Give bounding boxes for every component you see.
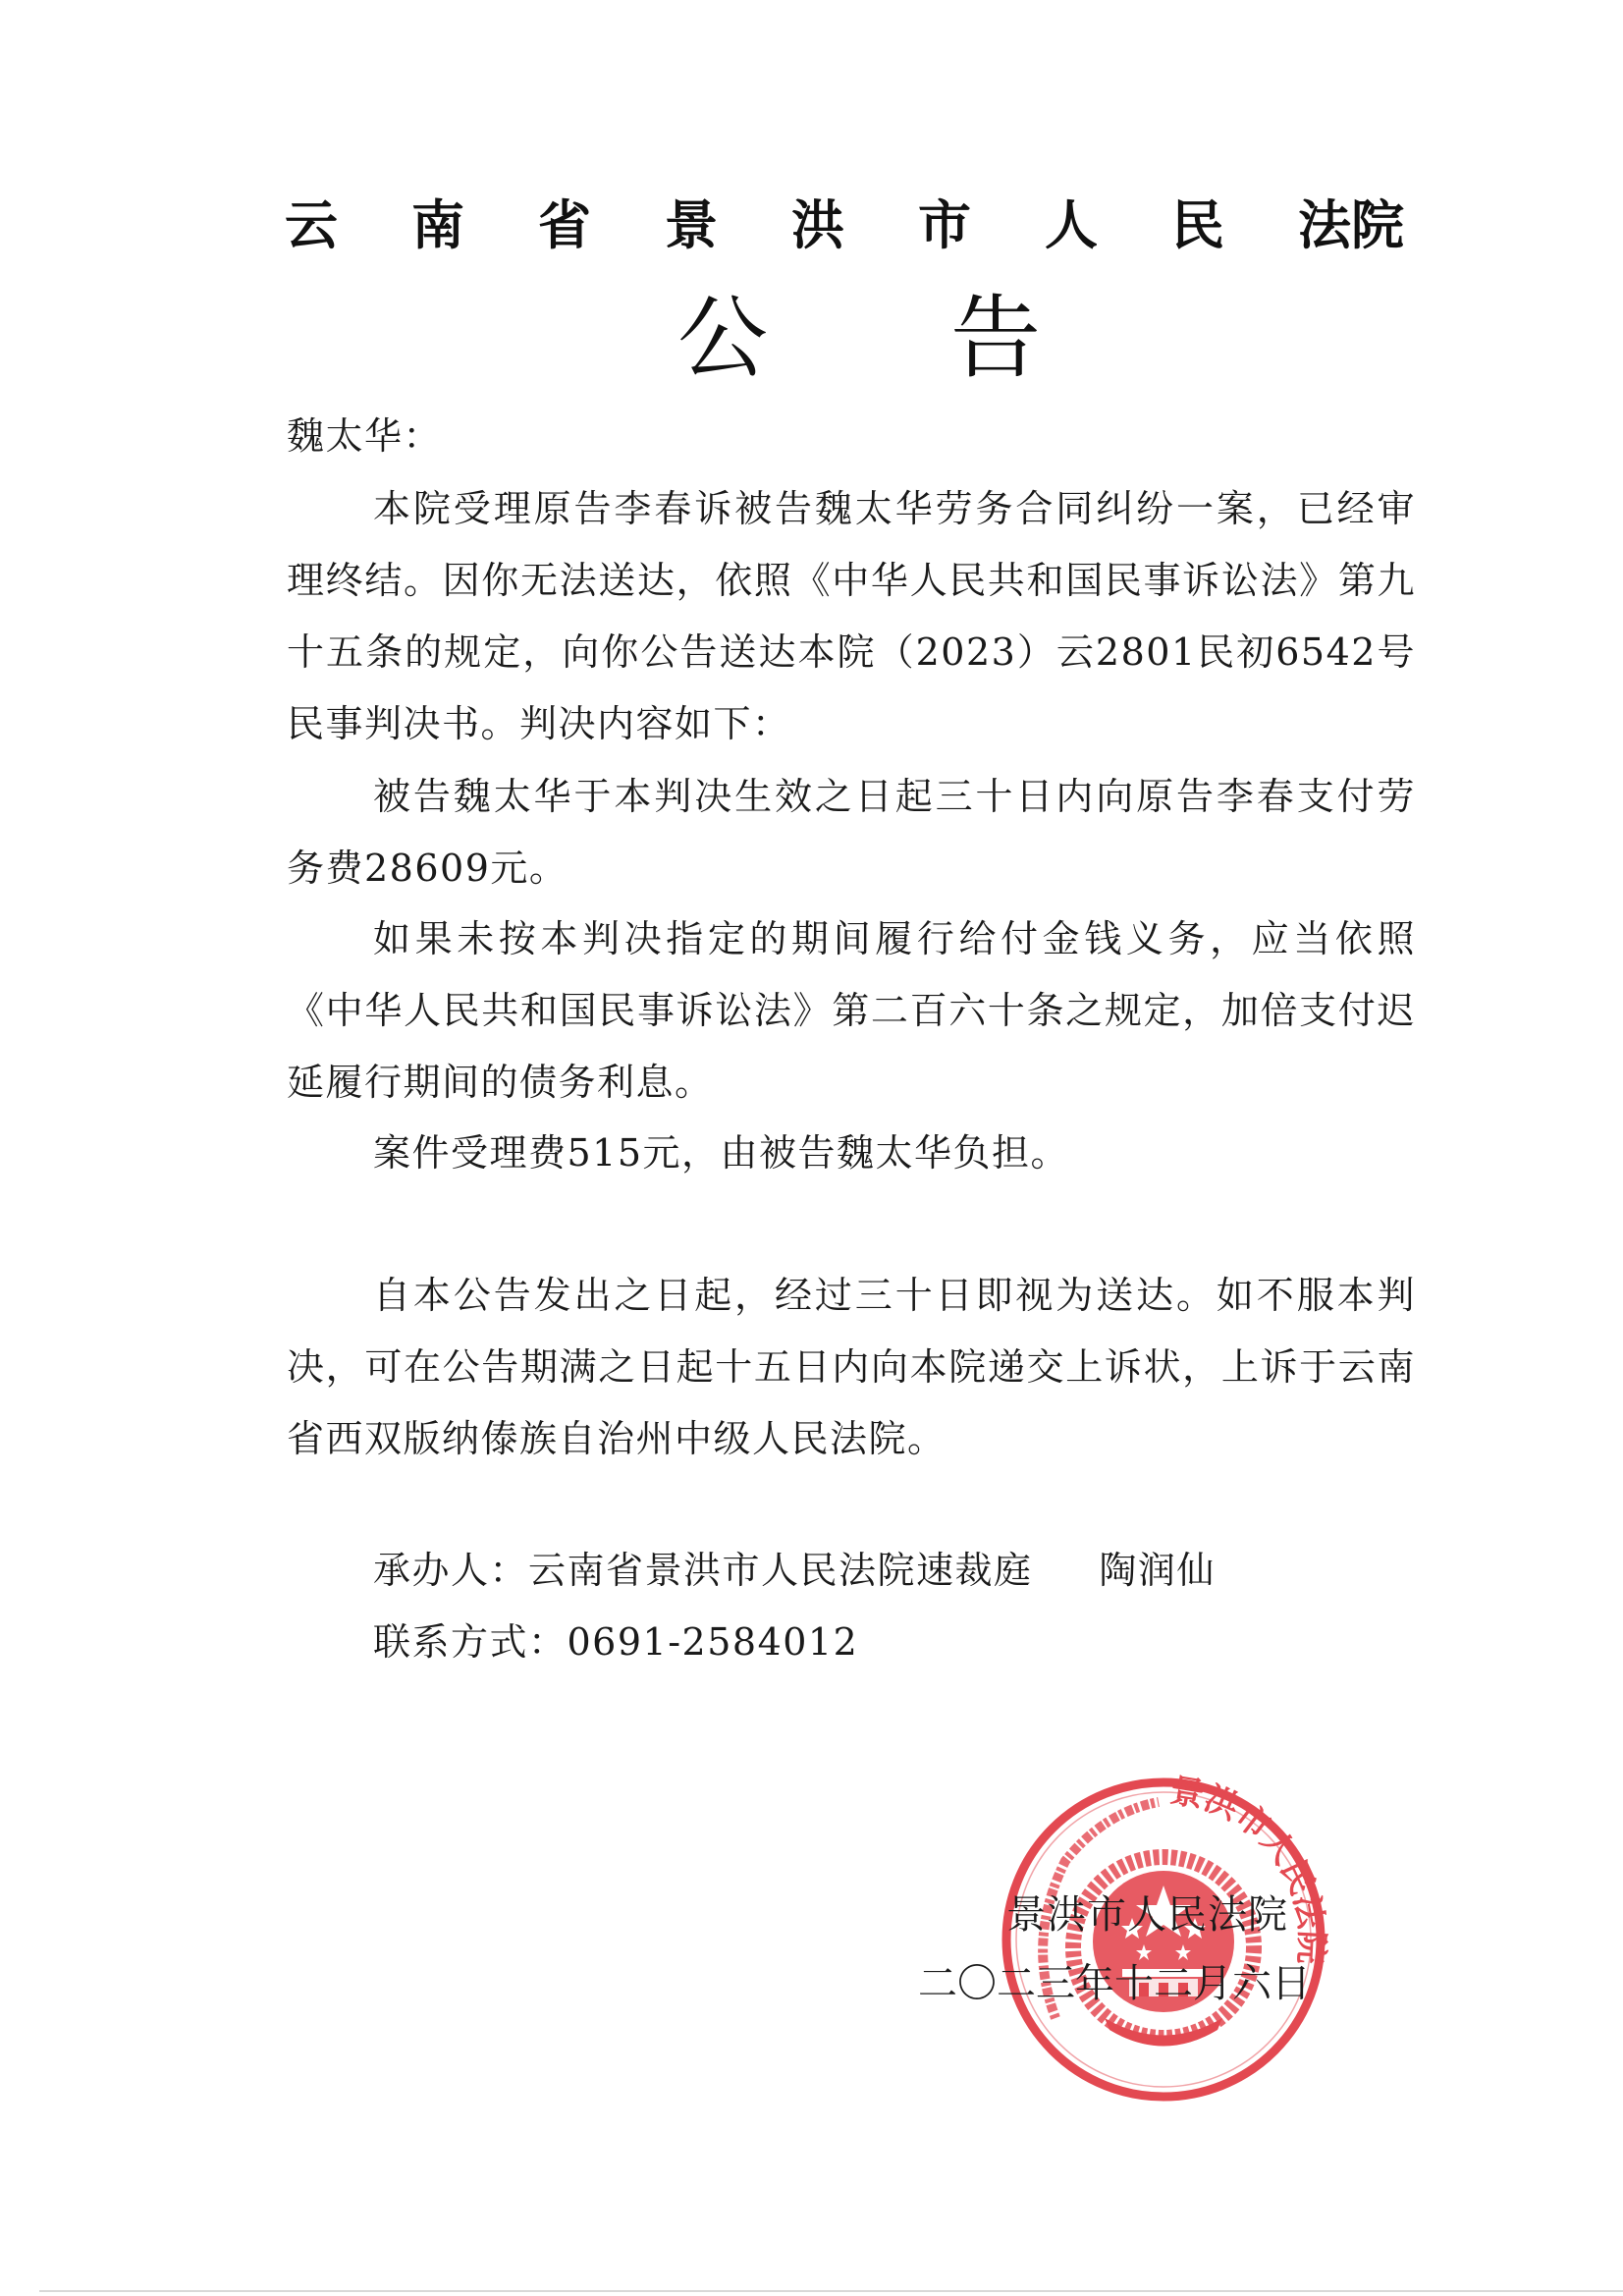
court-name-char: 云 <box>285 191 338 260</box>
scan-edge-divider <box>39 2290 1623 2292</box>
court-seal-icon: 景洪市人民法院 <box>997 1773 1330 2106</box>
court-name-char: 洪 <box>791 191 844 260</box>
signature-date: 二〇二三年十二月六日 <box>918 1959 1311 2008</box>
court-name-char: 市 <box>918 191 971 260</box>
court-name-char: 南 <box>411 191 464 260</box>
court-notice-page: 云 南 省 景 洪 市 人 民 法院 公 告 魏太华： 本院受理原告李春诉被告魏… <box>0 0 1623 2296</box>
signature-court: 景洪市人民法院 <box>1006 1890 1288 1940</box>
document-type-heading: 公 告 <box>677 285 1041 393</box>
paragraph-text: 被告魏太华于本判决生效之日起三十日内向原告李春支付劳务费28609元。 <box>287 761 1416 904</box>
paragraph-late-interest: 如果未按本判决指定的期间履行给付金钱义务，应当依照《中华人民共和国民事诉讼法》第… <box>287 903 1416 1119</box>
addressee: 魏太华： <box>287 401 1416 472</box>
court-name-char: 法院 <box>1298 191 1404 260</box>
paragraph-appeal-notice: 自本公告发出之日起，经过三十日即视为送达。如不服本判决，可在公告期满之日起十五日… <box>287 1260 1416 1475</box>
paragraph-judgment-payment: 被告魏太华于本判决生效之日起三十日内向原告李春支付劳务费28609元。 <box>287 761 1416 904</box>
doc-type-char: 告 <box>950 285 1041 393</box>
court-name-char: 景 <box>665 191 718 260</box>
doc-type-char: 公 <box>677 285 768 393</box>
paragraph-text: 案件受理费515元，由被告魏太华负担。 <box>287 1118 1416 1189</box>
paragraph-text: 如果未按本判决指定的期间履行给付金钱义务，应当依照《中华人民共和国民事诉讼法》第… <box>287 903 1416 1119</box>
addressee-text: 魏太华： <box>287 401 1416 472</box>
court-name-char: 人 <box>1045 191 1098 260</box>
paragraph-case-fee: 案件受理费515元，由被告魏太华负担。 <box>287 1118 1416 1189</box>
paragraph-text: 本院受理原告李春诉被告魏太华劳务合同纠纷一案，已经审理终结。因你无法送达，依照《… <box>287 473 1416 760</box>
paragraph-text: 自本公告发出之日起，经过三十日即视为送达。如不服本判决，可在公告期满之日起十五日… <box>287 1260 1416 1475</box>
court-name-char: 省 <box>538 191 591 260</box>
court-name-heading: 云 南 省 景 洪 市 人 民 法院 <box>285 191 1404 260</box>
court-name-char: 民 <box>1171 191 1224 260</box>
handler-line: 承办人：云南省景洪市人民法院速裁庭 陶润仙 <box>373 1535 1216 1607</box>
phone-line: 联系方式：0691-2584012 <box>373 1607 858 1678</box>
paragraph-case-intro: 本院受理原告李春诉被告魏太华劳务合同纠纷一案，已经审理终结。因你无法送达，依照《… <box>287 473 1416 760</box>
